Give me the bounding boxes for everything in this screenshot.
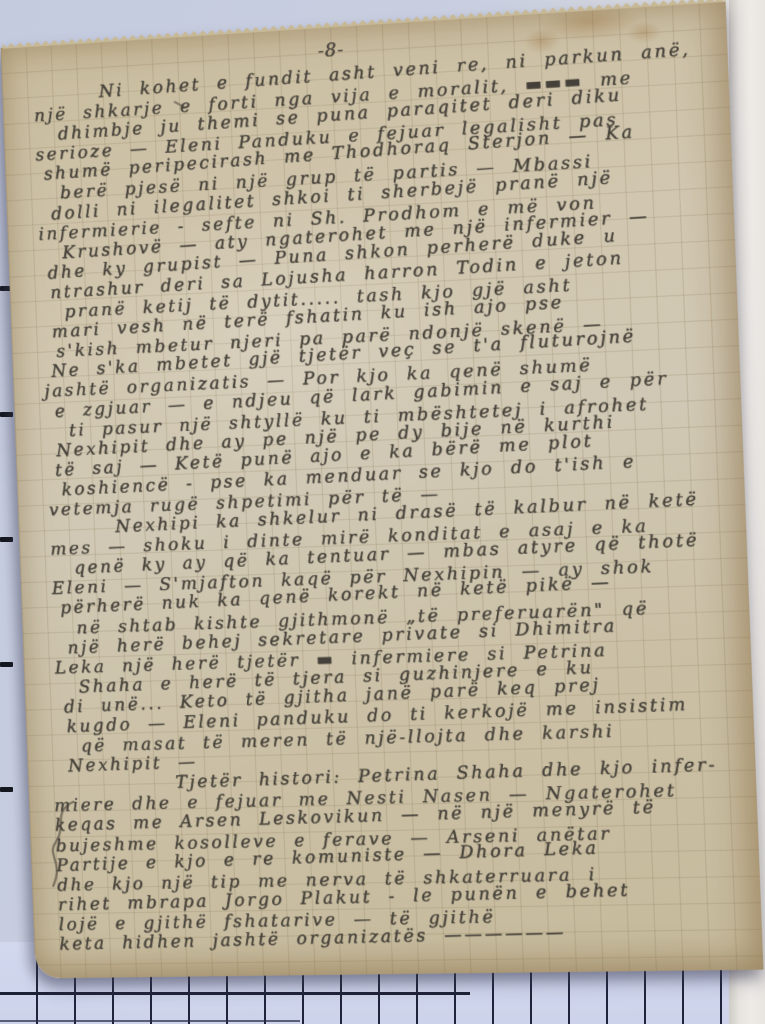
background-horizontal-rule [0, 992, 470, 995]
background-rule-mark [0, 537, 13, 542]
background-rule-mark [0, 787, 13, 792]
handwriting-layer: -8- Ni kohet e fundit asht veni re, ni p… [1, 1, 764, 979]
paragraph: Tjetër histori: Petrina Shaha dhe kjo in… [68, 761, 748, 955]
notebook-page: -8- Ni kohet e fundit asht veni re, ni p… [1, 1, 764, 979]
background-horizontal-rule [0, 1020, 300, 1022]
paragraph: Ni kohet e fundit asht veni re, ni parku… [42, 44, 730, 520]
background-rule-mark [0, 412, 13, 417]
handwriting-text: Ni kohet e fundit asht veni re, ni parku… [42, 44, 748, 954]
background-rule-mark [0, 662, 13, 667]
paragraph: Nexhipi ka shkelur ni drasë të kalbur në… [59, 495, 741, 777]
photograph-of-handwritten-page: -8- Ni kohet e fundit asht veni re, ni p… [0, 0, 765, 1024]
